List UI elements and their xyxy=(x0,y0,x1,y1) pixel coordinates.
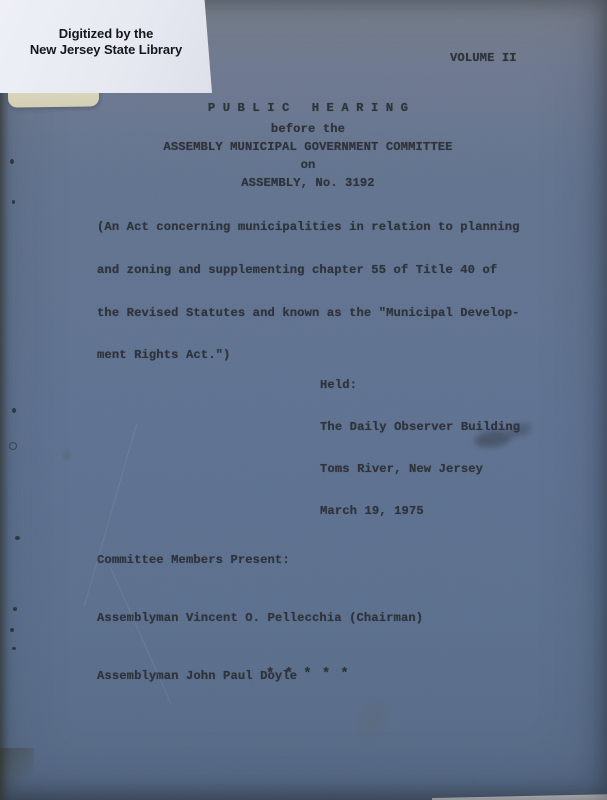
committee-members: Committee Members Present: Assemblyman V… xyxy=(97,512,423,725)
act-description-line: (An Act concerning municipalities in rel… xyxy=(97,220,520,234)
committee-member: Assemblyman Vincent O. Pellecchia (Chair… xyxy=(97,609,423,628)
star-separator: * * * * * xyxy=(9,668,607,682)
volume-label: VOLUME II xyxy=(450,51,517,65)
paper-speck xyxy=(9,442,17,450)
held-location: Toms River, New Jersey xyxy=(320,462,520,476)
public-hearing-title: P U B L I C H E A R I N G xyxy=(9,101,607,115)
before-the-line: before the xyxy=(9,122,607,136)
digitization-label: Digitized by the New Jersey State Librar… xyxy=(0,0,212,93)
digitization-label-line1: Digitized by the xyxy=(0,26,212,42)
paper-stain xyxy=(58,444,76,466)
paper-speck xyxy=(13,607,17,611)
held-label: Held: xyxy=(320,378,520,392)
act-description-line: and zoning and supplementing chapter 55 … xyxy=(97,263,520,277)
corner-wear xyxy=(0,748,34,800)
scan-edge-sliver xyxy=(432,793,607,800)
paper-speck xyxy=(12,647,16,650)
bill-number-line: ASSEMBLY, No. 3192 xyxy=(9,176,607,190)
paper-speck xyxy=(12,408,16,413)
committee-name-line: ASSEMBLY MUNICIPAL GOVERNMENT COMMITTEE xyxy=(9,140,607,154)
scanned-document-cover: Digitized by the New Jersey State Librar… xyxy=(0,0,607,800)
paper-speck xyxy=(10,628,14,632)
paper-speck xyxy=(12,200,15,204)
held-venue: The Daily Observer Building xyxy=(320,420,520,434)
left-edge-shadow xyxy=(0,0,9,800)
paper-speck xyxy=(15,536,20,540)
on-line: on xyxy=(9,158,607,172)
digitization-label-line2: New Jersey State Library xyxy=(0,42,212,58)
committee-members-heading: Committee Members Present: xyxy=(97,551,423,570)
act-description-line: the Revised Statutes and known as the "M… xyxy=(97,306,520,320)
